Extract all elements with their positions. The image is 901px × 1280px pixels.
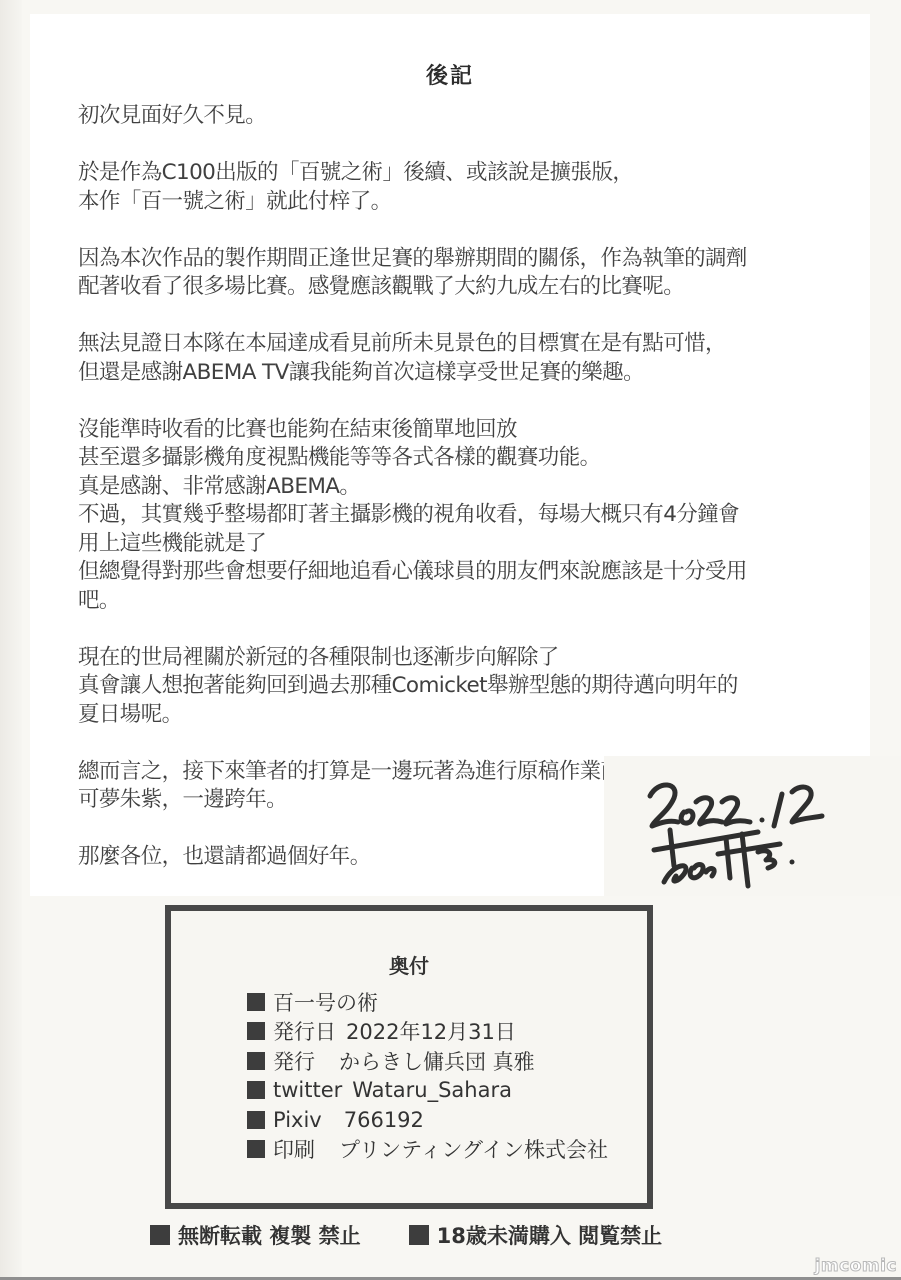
square-bullet-icon [247,1022,265,1040]
text-line: 吧。 [78,587,868,616]
text-line: 於是作為C100出版的「百號之術」後續、或該說是擴張版， [78,159,868,188]
colophon-list: 百一号の術 発行日 2022年12月31日 発行 からきし傭兵団 真雅 twit… [247,987,608,1164]
text-line: 但還是感謝ABEMA TV讓我能夠首次這樣享受世足賽的樂趣。 [78,359,868,388]
colophon-value: 766192 [344,1108,424,1132]
text-line: 用上這些機能就是了 [78,530,868,559]
text-line: 但總覺得對那些會想要仔細地追看心儀球員的朋友們來說應該是十分受用 [78,558,868,587]
afterword-paragraph: 現在的世局裡關於新冠的各種限制也逐漸步向解除了真會讓人想抱著能夠回到過去那種Co… [78,644,868,730]
colophon-value: からきし傭兵団 真雅 [339,1046,535,1076]
handwritten-signature [640,768,850,893]
page-edge-shadow [0,0,22,1280]
footer-note-text: 18歳未満購入 閲覧禁止 [437,1220,663,1250]
colophon-item-publish-date: 発行日 2022年12月31日 [247,1017,608,1047]
colophon-value: Wataru_Sahara [352,1078,512,1102]
text-line: 沒能準時收看的比賽也能夠在結束後簡單地回放 [78,416,868,445]
footer-notes: 無断転載 複製 禁止 18歳未満購入 閲覧禁止 [150,1220,662,1250]
text-line: 初次見面好久不見。 [78,102,868,131]
no-reproduction-note: 無断転載 複製 禁止 [150,1220,361,1250]
colophon-item-printer: 印刷 プリンティングイン株式会社 [247,1135,608,1165]
text-line: 本作「百一號之術」就此付梓了。 [78,188,868,217]
text-line: 真會讓人想抱著能夠回到過去那種Comicket舉辦型態的期待邁向明年的 [78,672,868,701]
text-line: 甚至還多攝影機角度視點機能等等各式各樣的觀賽功能。 [78,444,868,473]
age-restriction-note: 18歳未満購入 閲覧禁止 [409,1220,663,1250]
colophon-key: Pixiv [273,1108,322,1132]
colophon-value: 百一号の術 [273,987,378,1017]
colophon-key: 印刷 [273,1134,315,1164]
colophon-key: 発行 [273,1046,315,1076]
colophon-item-title: 百一号の術 [247,987,608,1017]
square-bullet-icon [247,1081,265,1099]
colophon-value: 2022年12月31日 [346,1016,516,1046]
text-line: 因為本次作品的製作期間正逢世足賽的舉辦期間的關係，作為執筆的調劑 [78,245,868,274]
afterword-paragraph: 初次見面好久不見。 [78,102,868,131]
afterword-paragraph: 於是作為C100出版的「百號之術」後續、或該說是擴張版，本作「百一號之術」就此付… [78,159,868,216]
colophon-key: twitter [273,1078,342,1102]
colophon-item-publisher: 発行 からきし傭兵団 真雅 [247,1046,608,1076]
text-line: 配著收看了很多場比賽。感覺應該觀戰了大約九成左右的比賽呢。 [78,273,868,302]
colophon-key: 発行日 [273,1016,336,1046]
text-line: 真是感謝、非常感謝ABEMA。 [78,473,868,502]
square-bullet-icon [247,1140,265,1158]
footer-note-text: 無断転載 複製 禁止 [178,1220,361,1250]
square-bullet-icon [409,1225,429,1245]
colophon-item-twitter: twitter Wataru_Sahara [247,1076,608,1106]
text-line: 夏日場呢。 [78,701,868,730]
square-bullet-icon [247,1111,265,1129]
square-bullet-icon [247,1052,265,1070]
text-line: 現在的世局裡關於新冠的各種限制也逐漸步向解除了 [78,644,868,673]
colophon-title: 奥付 [171,950,647,979]
watermark-logo: jmcomic [815,1256,897,1276]
colophon-value: プリンティングイン株式会社 [339,1134,608,1164]
text-line: 無法見證日本隊在本屆達成看見前所未見景色的目標實在是有點可惜， [78,330,868,359]
afterword-paragraph: 沒能準時收看的比賽也能夠在結束後簡單地回放甚至還多攝影機角度視點機能等等各式各樣… [78,416,868,616]
square-bullet-icon [150,1225,170,1245]
afterword-paragraph: 因為本次作品的製作期間正逢世足賽的舉辦期間的關係，作為執筆的調劑配著收看了很多場… [78,245,868,302]
square-bullet-icon [247,993,265,1011]
colophon-item-pixiv: Pixiv 766192 [247,1105,608,1135]
afterword-paragraph: 無法見證日本隊在本屆達成看見前所未見景色的目標實在是有點可惜，但還是感謝ABEM… [78,330,868,387]
colophon-box: 奥付 百一号の術 発行日 2022年12月31日 発行 からきし傭兵団 真雅 t… [165,905,653,1209]
text-line: 不過，其實幾乎整場都盯著主攝影機的視角收看，每場大概只有4分鐘會 [78,501,868,530]
afterword-title: 後記 [30,59,870,90]
